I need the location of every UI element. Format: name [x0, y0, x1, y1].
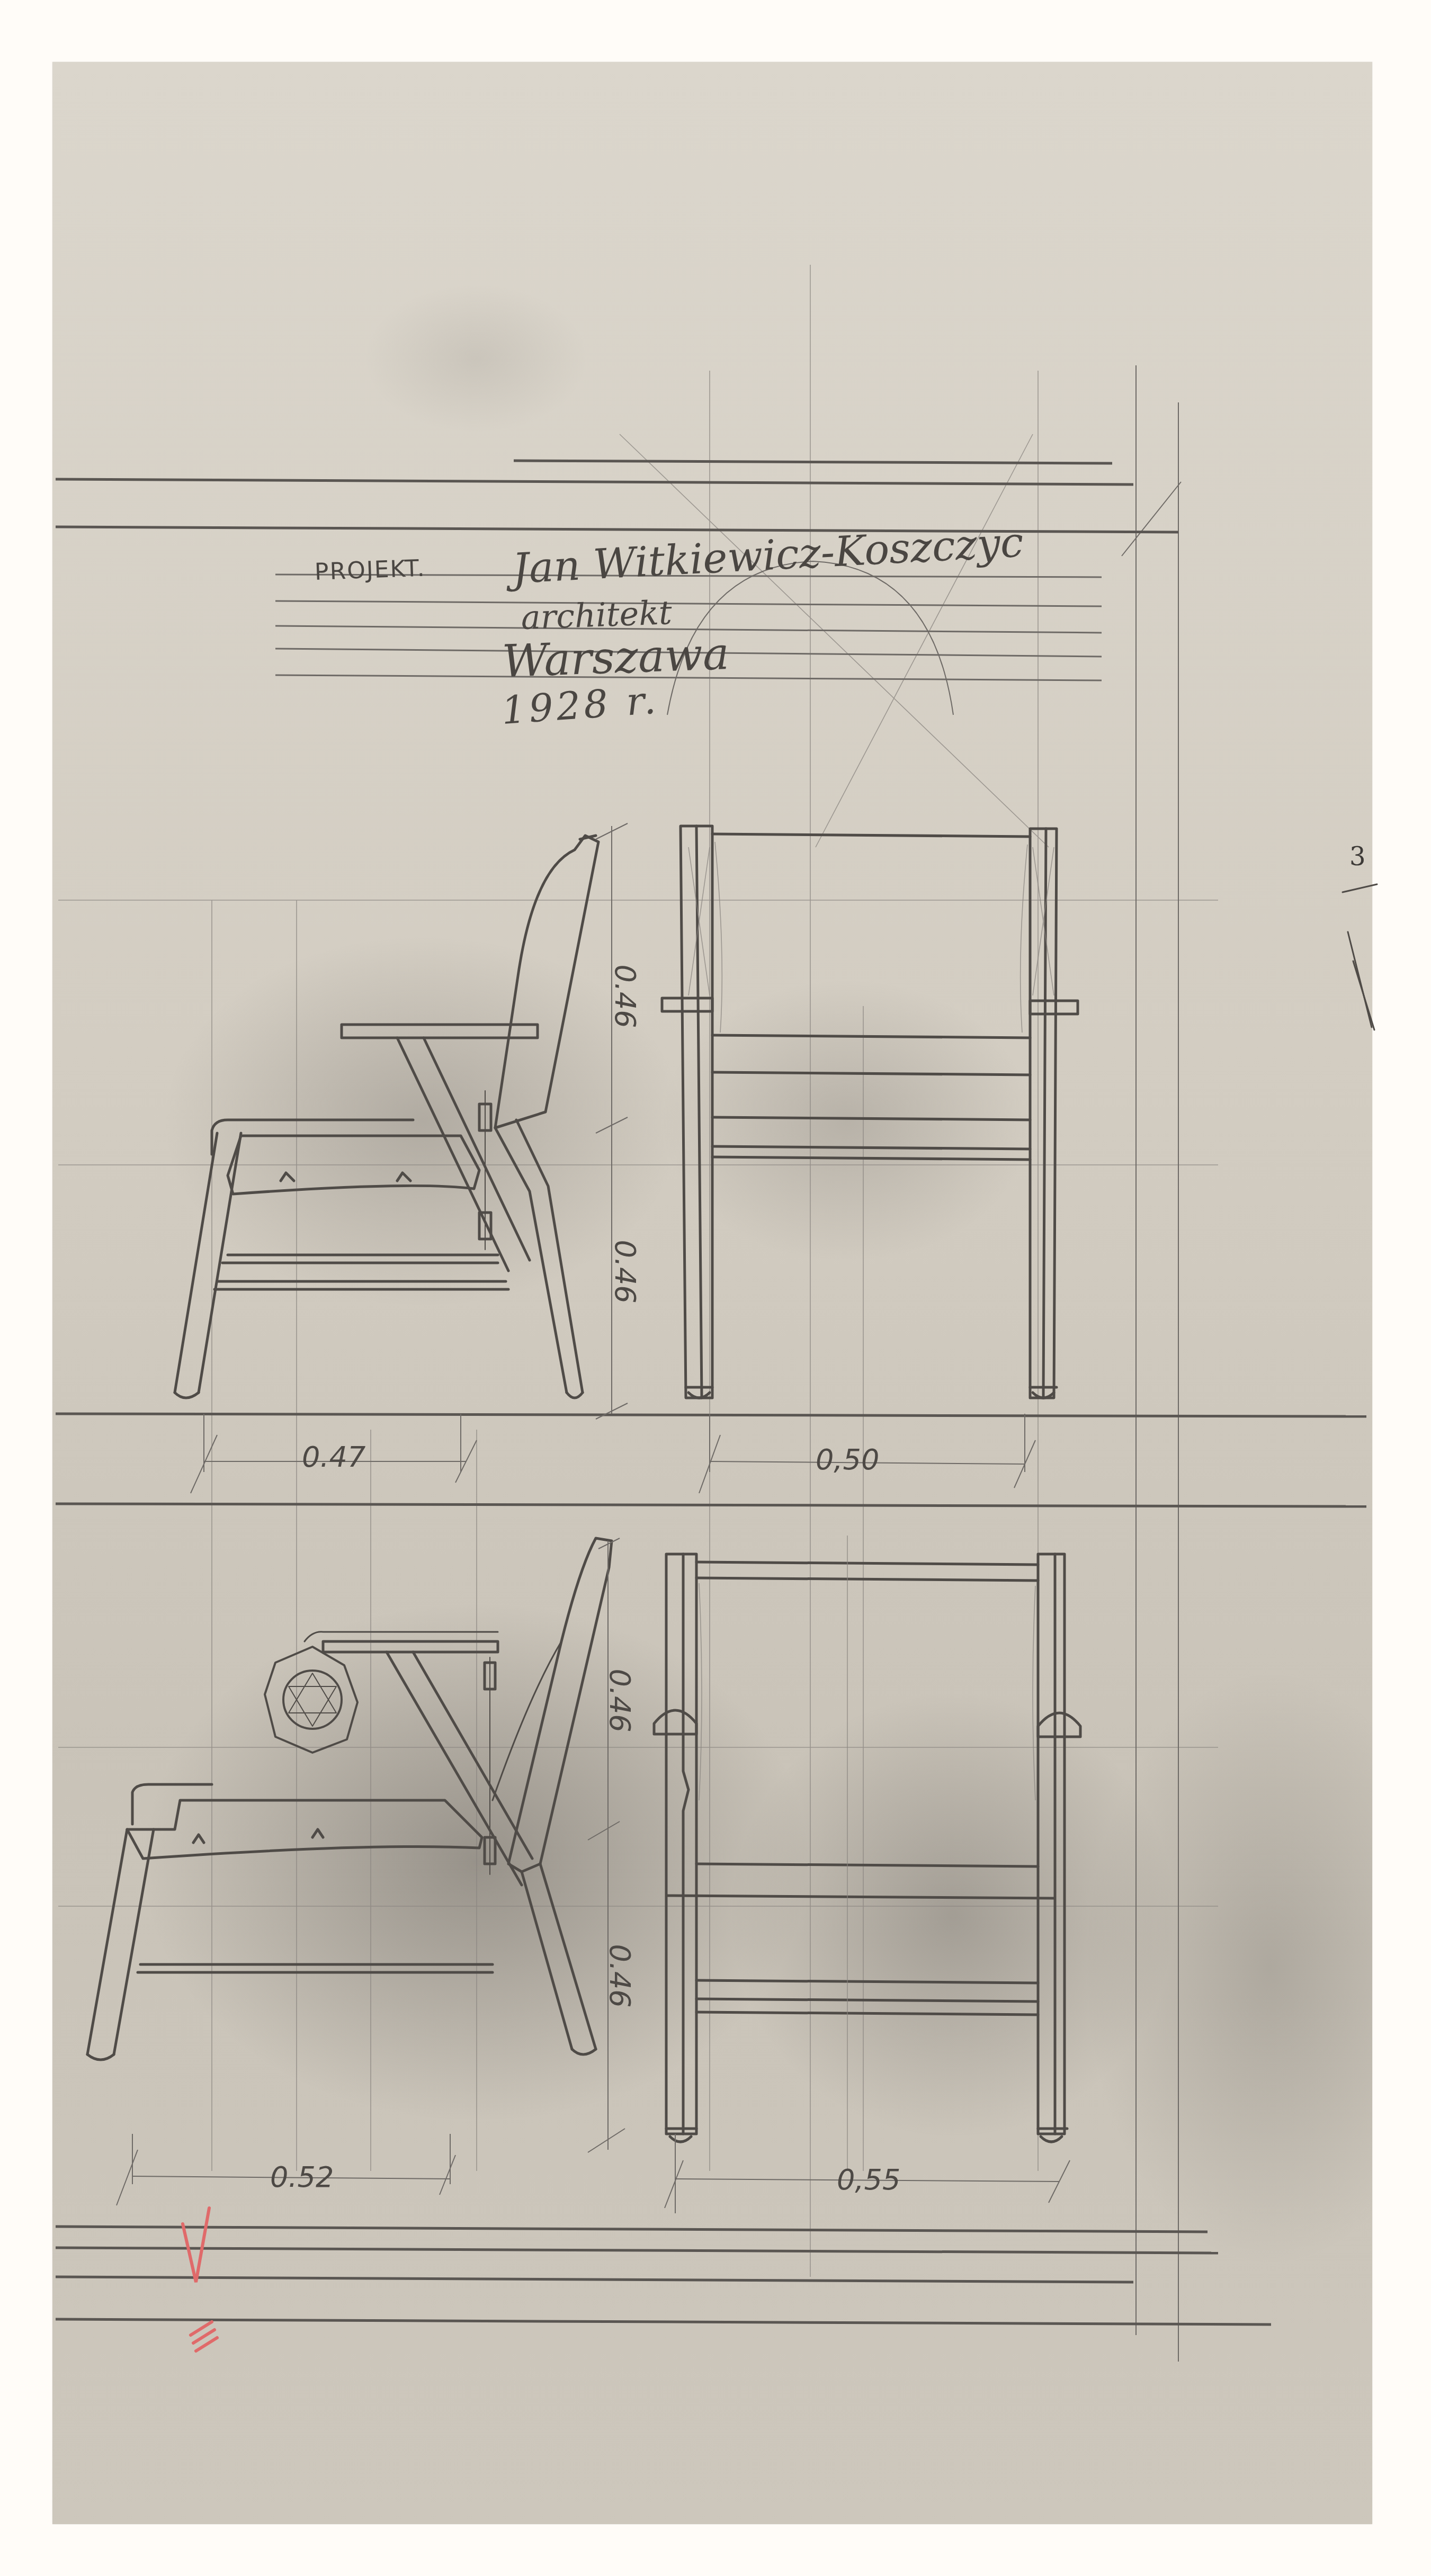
dim-upper-front-width: 0,50: [816, 1443, 879, 1476]
dim-line-upper-vertical: [596, 823, 628, 1419]
red-crayon-marks: [183, 2208, 217, 2351]
project-label: PROJEKT.: [314, 555, 426, 586]
pencil-drawing: [0, 0, 1431, 2576]
dim-lower-seat-height: 0.46: [603, 1944, 637, 2007]
city-label: Warszawa: [502, 627, 730, 687]
dim-lower-back-height: 0.46: [603, 1668, 637, 1732]
edge-number-mark: 3: [1349, 842, 1366, 872]
chair-b-side-view: [87, 1538, 612, 2060]
dim-upper-back-height: 0.46: [609, 964, 642, 1028]
red-check-mark: [183, 2208, 209, 2282]
dim-lower-side-width: 0.52: [270, 2160, 334, 2194]
chair-b-front-detail: [699, 1536, 1035, 2171]
dim-line-lower-horizontal: [117, 2134, 1070, 2213]
red-hatch-mark: [191, 2322, 217, 2351]
dim-lower-front-width: 0,55: [837, 2163, 900, 2196]
dim-upper-side-width: 0.47: [302, 1440, 365, 1474]
edge-sketch-marks: [1343, 884, 1377, 1030]
hexagon-ornament: [265, 1647, 357, 1753]
dim-upper-seat-height: 0.46: [609, 1240, 642, 1303]
chair-a-front-view: [662, 826, 1078, 1398]
chair-a-side-view: [175, 836, 598, 1398]
chair-b-front-view: [654, 1554, 1080, 2142]
frame-lines-right: [1122, 365, 1181, 2362]
chair-a-front-detail: [688, 842, 1054, 1033]
